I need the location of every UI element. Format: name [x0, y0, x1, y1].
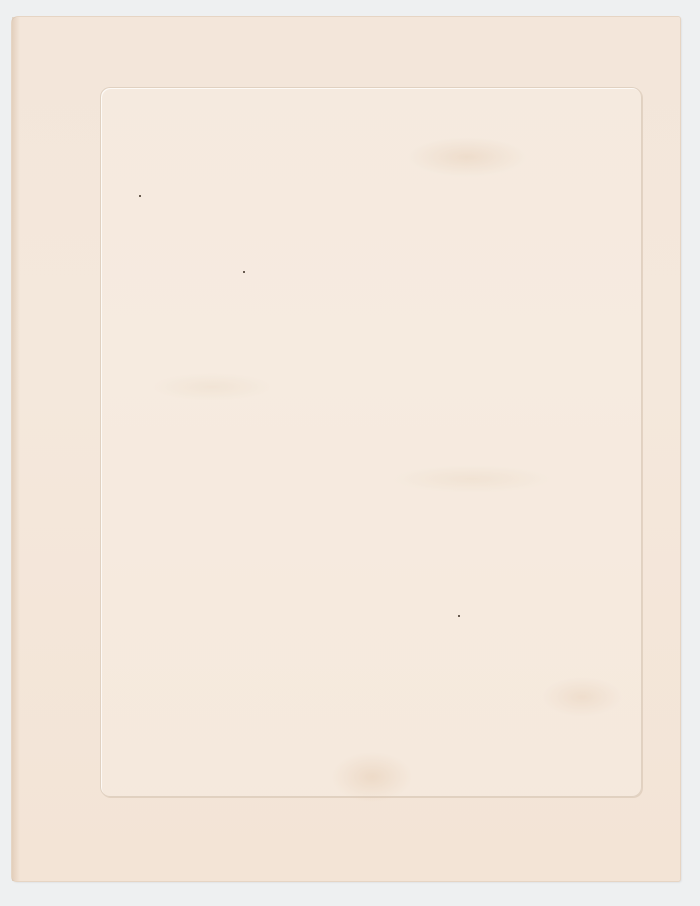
ink-speck	[139, 195, 141, 197]
paper-sheet	[12, 17, 680, 881]
ink-speck	[243, 271, 245, 273]
plate-mark	[100, 87, 642, 797]
ink-speck	[458, 615, 460, 617]
document-body	[101, 88, 641, 796]
